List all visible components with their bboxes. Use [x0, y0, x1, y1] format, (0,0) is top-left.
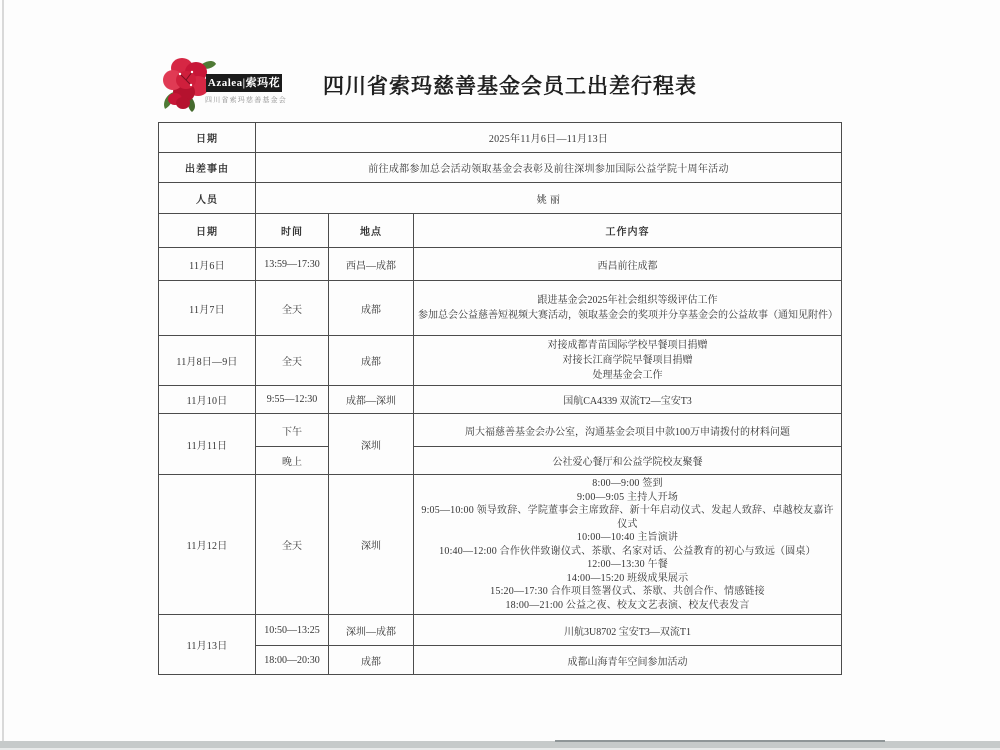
- header-content: 工作内容: [414, 214, 842, 248]
- info-value-reason: 前往成都参加总会活动领取基金会表彰及前往深圳参加国际公益学院十周年活动: [256, 153, 842, 183]
- cell-place: 成都: [329, 336, 414, 386]
- cell-date: 11月12日: [159, 475, 256, 615]
- itinerary-table: 日期 2025年11月6日—11月13日 出差事由 前往成都参加总会活动领取基金…: [158, 122, 842, 675]
- schedule-row-nov6: 11月6日 13:59—17:30 西昌—成都 西昌前往成都: [159, 248, 842, 281]
- info-value-personnel: 姚 丽: [256, 183, 842, 214]
- header-date: 日期: [159, 214, 256, 248]
- schedule-row-nov12: 11月12日 全天 深圳 8:00—9:00 签到 9:00—9:05 主持人开…: [159, 475, 842, 615]
- cell-time: 18:00—20:30: [256, 646, 329, 675]
- scan-edge-artifact-left: [2, 0, 4, 750]
- schedule-header-row: 日期 时间 地点 工作内容: [159, 214, 842, 248]
- cell-time: 全天: [256, 336, 329, 386]
- cell-date: 11月8日—9日: [159, 336, 256, 386]
- cell-date: 11月10日: [159, 386, 256, 414]
- cell-date: 11月11日: [159, 414, 256, 475]
- header-time: 时间: [256, 214, 329, 248]
- info-value-date: 2025年11月6日—11月13日: [256, 123, 842, 153]
- schedule-row-nov7: 11月7日 全天 成都 跟进基金会2025年社会组织等级评估工作 参加总会公益慈…: [159, 281, 842, 336]
- info-row-personnel: 人员 姚 丽: [159, 183, 842, 214]
- schedule-row-nov11-evening: 晚上 公社爱心餐厅和公益学院校友聚餐: [159, 447, 842, 475]
- schedule-row-nov13-evening: 18:00—20:30 成都 成都山海青年空间参加活动: [159, 646, 842, 675]
- scan-edge-artifact-bottom: [0, 741, 1000, 748]
- info-label-reason: 出差事由: [159, 153, 256, 183]
- cell-content: 川航3U8702 宝安T3—双流T1: [414, 615, 842, 646]
- cell-time: 9:55—12:30: [256, 386, 329, 414]
- cell-time: 下午: [256, 414, 329, 447]
- cell-place: 西昌—成都: [329, 248, 414, 281]
- schedule-row-nov11-pm: 11月11日 下午 深圳 周大福慈善基金会办公室，沟通基金会项目中款100万申请…: [159, 414, 842, 447]
- cell-content: 公社爱心餐厅和公益学院校友聚餐: [414, 447, 842, 475]
- schedule-row-nov13-flight: 11月13日 10:50—13:25 深圳—成都 川航3U8702 宝安T3—双…: [159, 615, 842, 646]
- cell-content: 国航CA4339 双流T2—宝安T3: [414, 386, 842, 414]
- cell-date: 11月7日: [159, 281, 256, 336]
- cell-time: 全天: [256, 475, 329, 615]
- cell-time: 晚上: [256, 447, 329, 475]
- page-title: 四川省索玛慈善基金会员工出差行程表: [0, 70, 1000, 100]
- cell-place: 深圳: [329, 414, 414, 475]
- cell-content: 周大福慈善基金会办公室，沟通基金会项目中款100万申请拨付的材料问题: [414, 414, 842, 447]
- schedule-row-nov10: 11月10日 9:55—12:30 成都—深圳 国航CA4339 双流T2—宝安…: [159, 386, 842, 414]
- cell-place: 深圳—成都: [329, 615, 414, 646]
- info-row-date: 日期 2025年11月6日—11月13日: [159, 123, 842, 153]
- cell-time: 全天: [256, 281, 329, 336]
- cell-content: 成都山海青年空间参加活动: [414, 646, 842, 675]
- info-label-personnel: 人员: [159, 183, 256, 214]
- cell-place: 成都—深圳: [329, 386, 414, 414]
- schedule-row-nov8-9: 11月8日—9日 全天 成都 对接成都青苗国际学校早餐项目捐赠 对接长江商学院早…: [159, 336, 842, 386]
- scan-edge-artifact-line: [555, 740, 885, 742]
- cell-time: 10:50—13:25: [256, 615, 329, 646]
- cell-content: 跟进基金会2025年社会组织等级评估工作 参加总会公益慈善短视频大赛活动，领取基…: [414, 281, 842, 336]
- cell-place: 成都: [329, 281, 414, 336]
- cell-date: 11月6日: [159, 248, 256, 281]
- cell-place: 成都: [329, 646, 414, 675]
- cell-content-agenda: 8:00—9:00 签到 9:00—9:05 主持人开场 9:05—10:00 …: [414, 475, 842, 615]
- header-place: 地点: [329, 214, 414, 248]
- info-row-reason: 出差事由 前往成都参加总会活动领取基金会表彰及前往深圳参加国际公益学院十周年活动: [159, 153, 842, 183]
- info-label-date: 日期: [159, 123, 256, 153]
- cell-content: 西昌前往成都: [414, 248, 842, 281]
- cell-time: 13:59—17:30: [256, 248, 329, 281]
- cell-place: 深圳: [329, 475, 414, 615]
- cell-content: 对接成都青苗国际学校早餐项目捐赠 对接长江商学院早餐项目捐赠 处理基金会工作: [414, 336, 842, 386]
- scanned-document-page: Azalea|索玛花 四川省索玛慈善基金会 四川省索玛慈善基金会员工出差行程表 …: [0, 0, 1000, 750]
- cell-date: 11月13日: [159, 615, 256, 675]
